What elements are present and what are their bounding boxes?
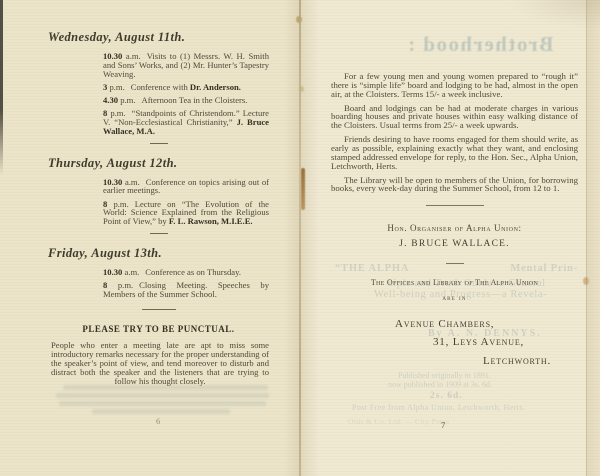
entry-time: 10.30 (103, 267, 122, 277)
body-paragraph: The Library will be open to members of t… (331, 176, 578, 194)
bleedthrough-blur-line (59, 401, 266, 406)
schedule-entry: 10.30 a.m.Visits to (1) Messrs. W. H. Sm… (103, 52, 269, 78)
divider-rule (446, 263, 464, 264)
booklet-scan: Brotherhood : “THE ALPHA Mental Prin- ci… (0, 0, 600, 476)
divider-rule (142, 309, 176, 310)
scan-edge-left (0, 0, 3, 175)
divider-rule (426, 205, 484, 206)
organiser-name: J. BRUCE WALLACE. (331, 239, 578, 250)
page-number-left: 6 (156, 416, 160, 426)
gutter-shadow (284, 0, 299, 476)
body-paragraph: Friends desiring to have rooms engaged f… (331, 135, 578, 170)
entry-bold-name: Dr. Anderson. (190, 82, 241, 92)
gutter-fold-line (299, 0, 301, 476)
page-number-right: 7 (441, 420, 445, 430)
bleedthrough-blur-line (56, 393, 269, 398)
bleedthrough-price: 2s. 6d. (430, 391, 463, 401)
schedule-entry: 4.30 p.m.Afternoon Tea in the Cloisters. (103, 96, 269, 105)
entry-period: p.m. (109, 82, 124, 92)
schedule-entry: 10.30 a.m.Conference as on Thursday. (103, 268, 269, 277)
schedule-entry: 3 p.m.Conference with Dr. Anderson. (103, 83, 269, 92)
divider-rule (150, 233, 168, 234)
entry-time: 3 (103, 82, 107, 92)
bleedthrough-line: Post Free from Alpha Union, Letchworth, … (352, 403, 525, 412)
divider-rule (150, 143, 168, 144)
bleedthrough-printer-line: Olds & Co. Ltd. — City Press (348, 417, 450, 426)
bleedthrough-line: Published originally in 1891. (398, 371, 491, 380)
page-edge-band (587, 0, 600, 476)
bleedthrough-line: now published in 1909 at 3s. 6d. (388, 380, 492, 389)
punctual-paragraph: People who enter a meeting late are apt … (51, 341, 269, 386)
address-line-1: Avenue Chambers, (395, 317, 578, 332)
entry-bold-name: F. L. Rawson, M.I.E.E. (169, 216, 253, 226)
entry-text: Afternoon Tea in the Cloisters. (141, 95, 247, 105)
address-line-3: Letchworth. (483, 354, 578, 369)
gutter-shadow (301, 0, 319, 476)
organiser-label: Hon. Organiser of Alpha Union: (331, 223, 578, 234)
day-heading-wednesday: Wednesday, August 11th. (48, 30, 269, 44)
entry-text: Conference as on Thursday. (145, 267, 241, 277)
corner-shading (510, 0, 600, 30)
entry-period: a.m. (125, 267, 140, 277)
schedule-entry: 8 p.m.Closing Meeting. Speeches by Membe… (103, 281, 269, 299)
left-page-content: Wednesday, August 11th. 10.30 a.m.Visits… (48, 30, 269, 386)
entry-text: Conference with (131, 82, 190, 92)
entry-time: 4.30 (103, 95, 118, 105)
schedule-entry: 8 p.m.“Standpoints of Christendom.” Lect… (103, 109, 269, 135)
day-heading-thursday: Thursday, August 12th. (48, 156, 269, 170)
bleedthrough-blur-line (92, 409, 230, 414)
entry-period: p.m. (120, 95, 135, 105)
offices-line: The Offices and Library of The Alpha Uni… (331, 278, 578, 288)
schedule-entry: 10.30 a.m.Conference on topics arising o… (103, 178, 269, 196)
day-heading-friday: Friday, August 13th. (48, 246, 269, 260)
bleedthrough-cover-title: Brotherhood : (388, 32, 572, 57)
address-line-2: 31, Leys Avenue, (433, 335, 578, 350)
schedule-entry: 8 p.m.Lecture on “The Evolution of the W… (103, 200, 269, 226)
are-in-label: are in (331, 293, 578, 302)
body-paragraph: Board and lodgings can be had at moderat… (331, 104, 578, 130)
right-page-content: For a few young men and young women prep… (331, 72, 578, 369)
body-paragraph: For a few young men and young women prep… (331, 72, 578, 98)
punctual-heading: PLEASE TRY TO BE PUNCTUAL. (48, 324, 269, 334)
